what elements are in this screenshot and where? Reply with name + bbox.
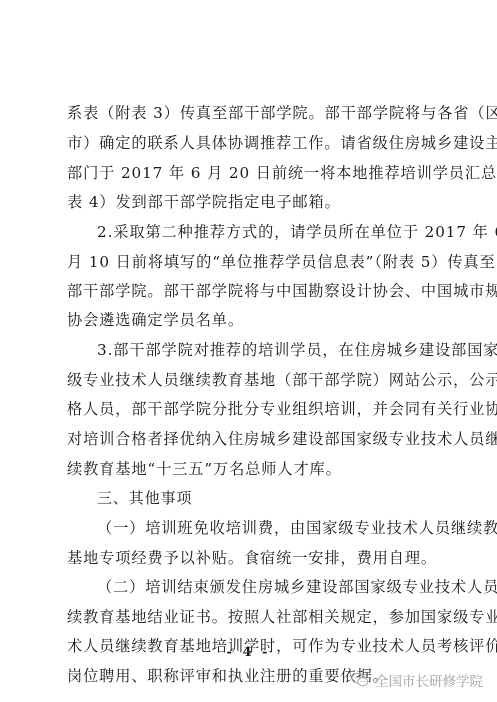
document-page: 系表（附表 3）传真至部干部学院。部干部学院将与各省（区、 市）确定的联系人具体… <box>0 0 497 702</box>
text-line: 3.部干部学院对推荐的培训学员，在住房城乡建设部国家 <box>97 335 437 365</box>
section-heading: 三、其他事项 <box>97 483 437 513</box>
text-line: 续教育基地结业证书。按照人社部相关规定，参加国家级专业技 <box>67 602 437 632</box>
watermark: 全国市长研修学院 <box>351 669 483 691</box>
text-line: （一）培训班免收培训费，由国家级专业技术人员继续教育 <box>97 513 437 543</box>
text-line: 对培训合格者择优纳入住房城乡建设部国家级专业技术人员继 <box>67 424 437 454</box>
text-line: 续教育基地“十三五”万名总师人才库。 <box>67 454 437 484</box>
page-number: - 4 - <box>0 645 497 660</box>
text-line: 表 4）发到部干部学院指定电子邮箱。 <box>67 187 437 217</box>
text-line: 级专业技术人员继续教育基地（部干部学院）网站公示，公示合 <box>67 365 437 395</box>
text-line: 基地专项经费予以补贴。食宿统一安排，费用自理。 <box>67 543 437 573</box>
text-line: 协会遴选确定学员名单。 <box>67 305 437 335</box>
text-line: 格人员，部干部学院分批分专业组织培训，并会同有关行业协会 <box>67 394 437 424</box>
text-line: 系表（附表 3）传真至部干部学院。部干部学院将与各省（区、 <box>67 98 437 128</box>
text-line: 市）确定的联系人具体协调推荐工作。请省级住房城乡建设主管 <box>67 128 437 158</box>
watermark-text: 全国市长研修学院 <box>375 670 483 690</box>
text-line: （二）培训结束颁发住房城乡建设部国家级专业技术人员继 <box>97 572 437 602</box>
text-line: 部门于 2017 年 6 月 20 日前统一将本地推荐培训学员汇总表(附 <box>67 158 437 188</box>
wechat-icon <box>351 672 369 688</box>
text-line: 2.采取第二种推荐方式的，请学员所在单位于 2017 年 6 <box>97 217 437 247</box>
text-line: 月 10 日前将填写的“单位推荐学员信息表”（附表 5）传真至 <box>67 247 437 277</box>
text-line: 部干部学院。部干部学院将与中国勘察设计协会、中国城市规划 <box>67 276 437 306</box>
